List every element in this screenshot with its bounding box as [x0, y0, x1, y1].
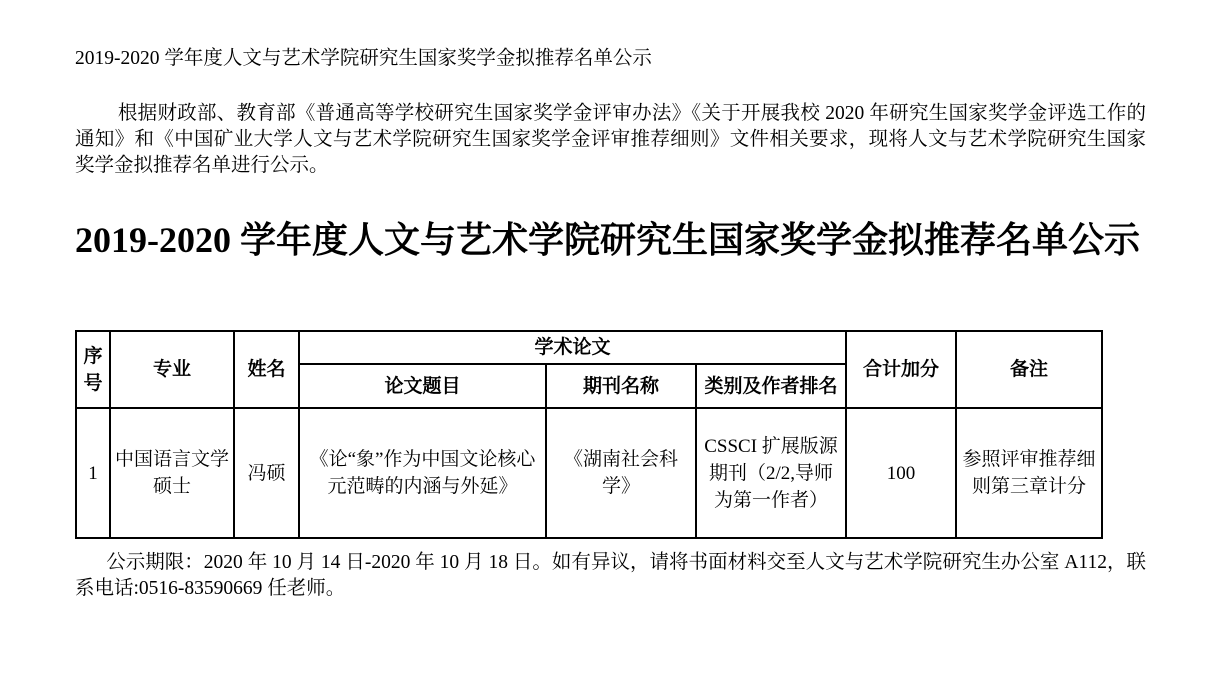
- cell-index: 1: [76, 408, 110, 538]
- cell-paper-title: 《论“象”作为中国文论核心元范畴的内涵与外延》: [299, 408, 546, 538]
- col-header-papers-group: 学术论文: [299, 331, 846, 364]
- cell-major: 中国语言文学硕士: [110, 408, 234, 538]
- col-header-index: 序号: [76, 331, 110, 408]
- col-header-major: 专业: [110, 331, 234, 408]
- cell-remarks: 参照评审推荐细则第三章计分: [956, 408, 1102, 538]
- cell-journal: 《湖南社会科学》: [546, 408, 696, 538]
- col-header-paper-title: 论文题目: [299, 364, 546, 408]
- table-row: 1 中国语言文学硕士 冯硕 《论“象”作为中国文论核心元范畴的内涵与外延》 《湖…: [76, 408, 1102, 538]
- main-heading: 2019-2020 学年度人文与艺术学院研究生国家奖学金拟推荐名单公示: [75, 217, 1146, 264]
- col-header-journal: 期刊名称: [546, 364, 696, 408]
- footer-paragraph: 公示期限：2020 年 10 月 14 日-2020 年 10 月 18 日。如…: [75, 550, 1146, 602]
- intro-paragraph: 根据财政部、教育部《普通高等学校研究生国家奖学金评审办法》《关于开展我校 202…: [75, 101, 1146, 179]
- col-header-total-points: 合计加分: [846, 331, 956, 408]
- recommendation-table: 序号 专业 姓名 学术论文 合计加分 备注 论文题目 期刊名称 类别及作者排名 …: [75, 330, 1103, 539]
- document-top-title: 2019-2020 学年度人文与艺术学院研究生国家奖学金拟推荐名单公示: [75, 46, 1146, 72]
- col-header-category-rank: 类别及作者排名: [696, 364, 846, 408]
- cell-category-rank: CSSCI 扩展版源期刊（2/2,导师为第一作者）: [696, 408, 846, 538]
- document-page: 2019-2020 学年度人文与艺术学院研究生国家奖学金拟推荐名单公示 根据财政…: [0, 0, 1220, 674]
- col-header-name: 姓名: [234, 331, 299, 408]
- col-header-remarks: 备注: [956, 331, 1102, 408]
- cell-total-points: 100: [846, 408, 956, 538]
- cell-name: 冯硕: [234, 408, 299, 538]
